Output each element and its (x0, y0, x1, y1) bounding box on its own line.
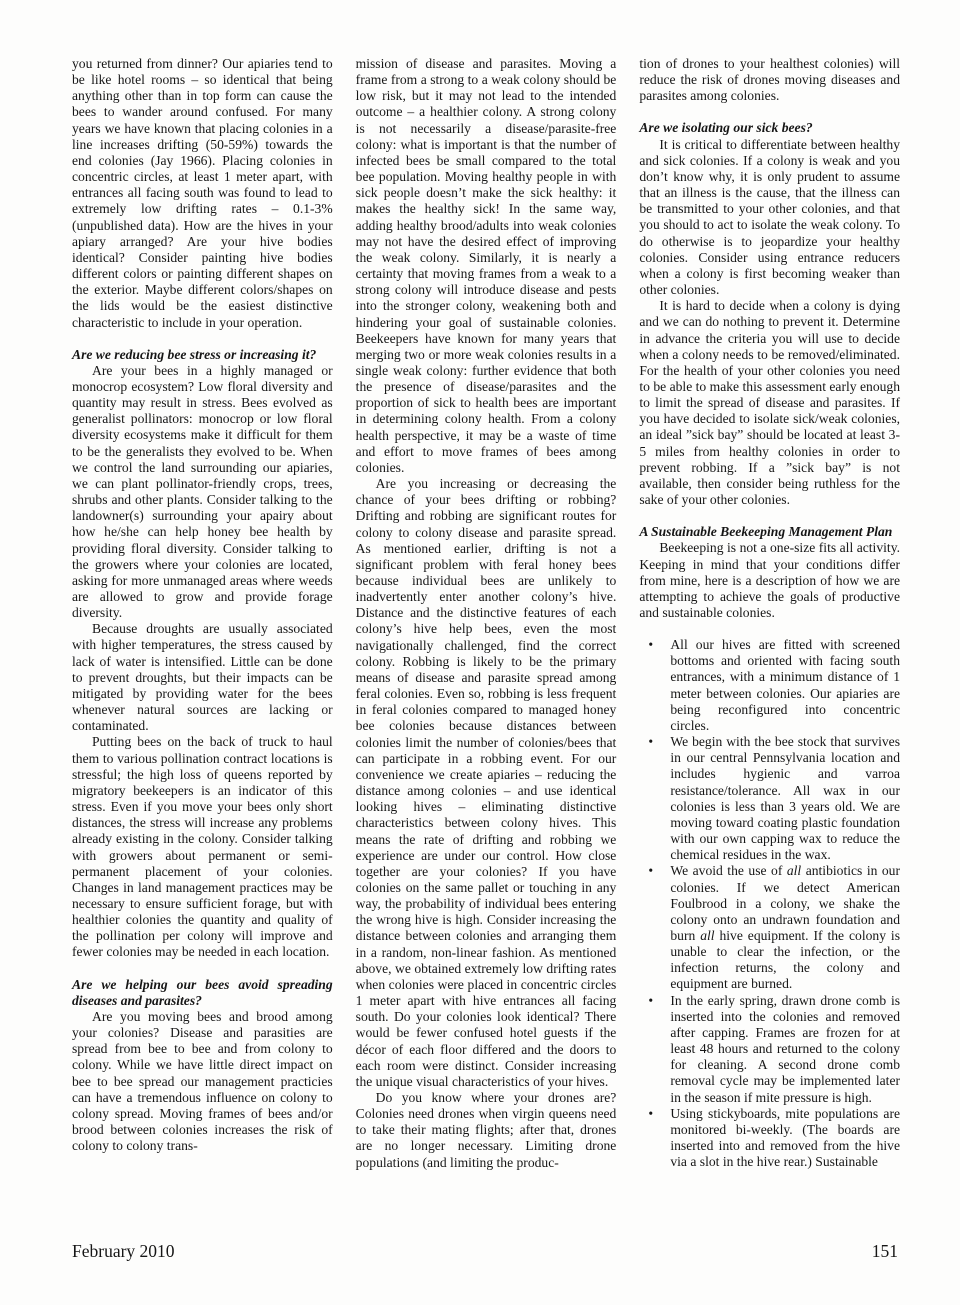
section-heading: A Sustainable Beekeeping Management Plan (639, 524, 900, 540)
bullet-item: Using stickyboards, mite populations are… (639, 1106, 900, 1171)
article-body: you returned from dinner? Our apiaries t… (72, 56, 900, 1171)
bullet-item: In the early spring, drawn drone comb is… (639, 993, 900, 1106)
text-column-3: tion of drones to your healthest colonie… (639, 56, 900, 1171)
paragraph: you returned from dinner? Our apiaries t… (72, 56, 333, 331)
bullet-item: We avoid the use of all antibiotics in o… (639, 863, 900, 992)
paragraph: Putting bees on the back of truck to hau… (72, 734, 333, 960)
footer-page-number: 151 (872, 1241, 898, 1261)
paragraph: mission of disease and parasites. Moving… (356, 56, 617, 476)
footer-issue-date: February 2010 (72, 1241, 175, 1261)
text-column-2: mission of disease and parasites. Moving… (356, 56, 617, 1171)
paragraph: It is critical to differentiate between … (639, 137, 900, 299)
section-heading: Are we isolating our sick bees? (639, 120, 900, 136)
text-column-1: you returned from dinner? Our apiaries t… (72, 56, 333, 1171)
bullet-item: We begin with the bee stock that survive… (639, 734, 900, 863)
paragraph: Are you moving bees and brood among your… (72, 1009, 333, 1154)
page-footer: February 2010 151 (72, 1241, 898, 1261)
paragraph: Are you increasing or decreasing the cha… (356, 476, 617, 1090)
bullet-item: All our hives are fitted with screened b… (639, 637, 900, 734)
paragraph: It is hard to decide when a colony is dy… (639, 298, 900, 508)
paragraph: Do you know where your drones are? Colon… (356, 1090, 617, 1171)
section-heading: Are we reducing bee stress or increasing… (72, 347, 333, 363)
paragraph: Are your bees in a highly managed or mon… (72, 363, 333, 622)
paragraph: tion of drones to your healthest colonie… (639, 56, 900, 104)
magazine-page: you returned from dinner? Our apiaries t… (0, 0, 960, 1305)
paragraph: Beekeeping is not a one-size fits all ac… (639, 540, 900, 621)
paragraph: Because droughts are usually associated … (72, 621, 333, 734)
bullet-list: All our hives are fitted with screened b… (639, 637, 900, 1170)
section-heading: Are we helping our bees avoid spreading … (72, 977, 333, 1009)
